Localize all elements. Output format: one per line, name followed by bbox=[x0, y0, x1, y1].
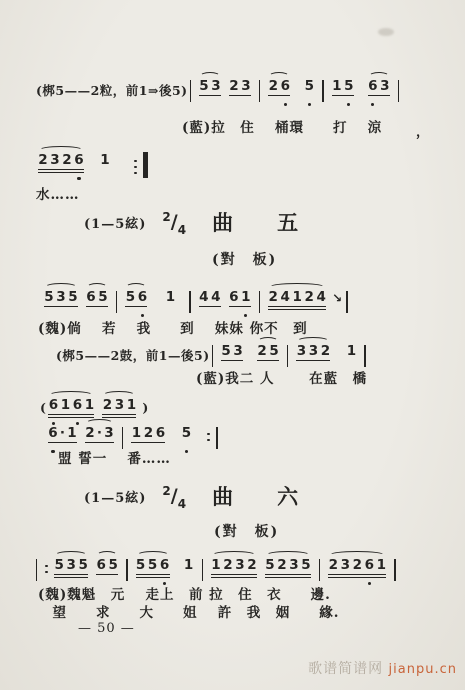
repeat-begin-barline bbox=[36, 559, 37, 581]
note-digits: 44 bbox=[198, 290, 222, 317]
note-digit: 6 bbox=[156, 426, 165, 441]
note-digit: 4 bbox=[280, 290, 289, 305]
slur-arc bbox=[137, 551, 169, 559]
note-digit: 1 bbox=[166, 290, 175, 305]
note-digit: 5 bbox=[126, 290, 135, 305]
slur-arc bbox=[103, 391, 135, 399]
note-digits: 56 bbox=[124, 290, 148, 317]
tune-title-char: 曲 bbox=[212, 207, 235, 237]
tune-title-char: 五 bbox=[277, 207, 300, 237]
slur-arc bbox=[86, 419, 113, 427]
barline bbox=[116, 291, 117, 313]
beam-line bbox=[44, 306, 78, 307]
note-digit: 6 bbox=[229, 290, 238, 305]
note-digits: 556 bbox=[135, 558, 171, 585]
note-column: 6 bbox=[228, 290, 240, 317]
tune-title-char: 曲 bbox=[212, 481, 235, 511]
repeat-dot bbox=[207, 439, 210, 442]
note-group: 1232 bbox=[210, 551, 258, 585]
beam-line bbox=[328, 577, 386, 578]
note-digit: 5 bbox=[44, 290, 53, 305]
note-digit: 2 bbox=[304, 290, 313, 305]
note-column: 3 bbox=[210, 79, 222, 106]
note-digits: 535 bbox=[53, 558, 89, 585]
note-digit: 5 bbox=[98, 290, 107, 305]
watermark: 歌谱简谱网 jianpu.cn bbox=[308, 658, 457, 678]
note-column: 3 bbox=[65, 558, 77, 585]
note-group: 23261 bbox=[327, 551, 387, 585]
note-column: 5 bbox=[135, 558, 147, 585]
note-digits: 26 bbox=[267, 79, 291, 106]
repeat-dot bbox=[134, 172, 137, 175]
note-digit: 2 bbox=[269, 79, 278, 94]
note-digit: 3 bbox=[211, 79, 220, 94]
note-digit: 6 bbox=[281, 79, 290, 94]
note-column: 5 bbox=[124, 290, 136, 317]
note-column: 1 bbox=[331, 79, 343, 106]
note-digits: 65 bbox=[85, 290, 109, 317]
beam-line bbox=[48, 442, 77, 443]
note-digit: 5 bbox=[148, 558, 157, 573]
note-digit: 1 bbox=[332, 79, 341, 94]
note-digit: 2 bbox=[229, 79, 238, 94]
note-column: 2 bbox=[222, 558, 234, 585]
note-column: 2 bbox=[267, 290, 279, 317]
barline bbox=[212, 345, 213, 367]
note-digits: 1 bbox=[183, 558, 195, 585]
note-digit: · bbox=[97, 426, 102, 441]
spacer bbox=[171, 419, 179, 420]
note-digit: 2 bbox=[277, 558, 286, 573]
note-digit: 6 bbox=[365, 558, 374, 573]
note-group: 5 bbox=[303, 72, 315, 106]
note-digit: 5 bbox=[68, 290, 77, 305]
note-group: 5235 bbox=[264, 551, 312, 585]
octave-dot bbox=[308, 103, 311, 106]
note-digit: 3 bbox=[50, 153, 59, 168]
note-column: 1 bbox=[164, 290, 176, 317]
tune-5-heading: (1—5絃)2/4曲五 bbox=[84, 207, 300, 237]
note-column: 3 bbox=[49, 153, 61, 180]
note-digits: 535 bbox=[43, 290, 79, 317]
slur-arc bbox=[329, 551, 385, 559]
beam-line bbox=[136, 577, 170, 578]
note-group: 65 bbox=[85, 283, 109, 317]
spacer bbox=[360, 72, 366, 73]
slur-arc bbox=[126, 283, 146, 291]
note-digit: 5 bbox=[269, 344, 278, 359]
page-number: — 50 — bbox=[78, 621, 135, 636]
beam-line bbox=[328, 574, 386, 575]
note-digit: 5 bbox=[182, 426, 191, 441]
note-digits: 5 bbox=[303, 79, 315, 106]
note-column: 5 bbox=[53, 558, 65, 585]
note-column: 4 bbox=[279, 290, 291, 317]
note-group: 23 bbox=[228, 72, 252, 106]
music-system-3: 53565561446124124↘ bbox=[42, 283, 354, 317]
slur-arc bbox=[212, 551, 256, 559]
note-digits: 65 bbox=[95, 558, 119, 585]
note-digits: 24124 bbox=[267, 290, 327, 317]
note-group: 535 bbox=[43, 283, 79, 317]
note-group: 56 bbox=[124, 283, 148, 317]
note-digit: 5 bbox=[54, 558, 63, 573]
barline bbox=[394, 559, 395, 581]
comma-mark: ， bbox=[416, 121, 429, 140]
scan-smudge bbox=[378, 28, 394, 36]
note-group: 5 bbox=[180, 419, 192, 453]
note-column: 5 bbox=[67, 290, 79, 317]
slur-arc bbox=[45, 283, 77, 291]
barline bbox=[126, 559, 127, 581]
scanned-score-page: (梆5——2粒，前1⇒後5)53232651563(藍)拉 住 桶環 打 涼，2… bbox=[0, 0, 465, 690]
meter-slash: / bbox=[171, 485, 178, 507]
barline bbox=[346, 291, 347, 313]
note-column: 2 bbox=[61, 153, 73, 180]
octave-dot bbox=[371, 103, 374, 106]
spacer bbox=[249, 337, 255, 338]
note-column: 6 bbox=[85, 290, 97, 317]
note-digit: 1 bbox=[241, 290, 250, 305]
note-column: 2 bbox=[267, 79, 279, 106]
lyric-line-2: 水…… bbox=[36, 183, 80, 203]
slur-arc bbox=[269, 72, 289, 80]
beam-line bbox=[48, 414, 94, 415]
note-group: 1 bbox=[183, 551, 195, 585]
tuning-annotation: ) bbox=[142, 400, 148, 415]
beam-line bbox=[54, 577, 88, 578]
slur-arc bbox=[266, 551, 310, 559]
octave-dot bbox=[51, 450, 54, 453]
meter-denominator: 4 bbox=[178, 497, 186, 511]
note-column: 3 bbox=[55, 290, 67, 317]
note-digits: 5235 bbox=[264, 558, 312, 585]
lyric-line-4: (藍)我二 人 在藍 橋 bbox=[196, 367, 367, 387]
note-group: 44 bbox=[198, 283, 222, 317]
note-group: 15 bbox=[331, 72, 355, 106]
beam-line bbox=[86, 306, 108, 307]
note-column: 6 bbox=[279, 79, 291, 106]
tuning-annotation: (梆5——2鼓，前1—後5) bbox=[56, 346, 210, 364]
repeat-dot bbox=[45, 565, 48, 568]
meter-numerator: 2 bbox=[162, 484, 170, 498]
note-digits: 2326 bbox=[37, 153, 85, 180]
note-column: 2 bbox=[303, 290, 315, 317]
note-digit: 6 bbox=[49, 398, 58, 413]
note-group: 65 bbox=[95, 551, 119, 585]
note-digit: 1 bbox=[61, 398, 70, 413]
slur-arc bbox=[297, 337, 329, 345]
note-column: 1 bbox=[240, 290, 252, 317]
lyric-line-3: (魏)倘 若 我 到 妹妹 你不 到 bbox=[38, 317, 308, 337]
note-group: 535 bbox=[53, 551, 89, 585]
note-column: 1 bbox=[183, 558, 195, 585]
beam-line bbox=[265, 577, 311, 578]
spacer bbox=[197, 419, 205, 420]
note-column: 2 bbox=[276, 558, 288, 585]
note-digit: 2 bbox=[268, 290, 277, 305]
note-column: 4 bbox=[210, 290, 222, 317]
music-system-7: 5356555611232523523261 bbox=[34, 551, 402, 585]
tune-title-char: 六 bbox=[277, 481, 300, 511]
note-group: 26 bbox=[267, 72, 291, 106]
note-digits: 1232 bbox=[210, 558, 258, 585]
octave-dot bbox=[368, 582, 371, 585]
beam-line bbox=[199, 95, 221, 96]
tune-5-board-label: (對 板) bbox=[212, 249, 277, 269]
note-digit: 2 bbox=[321, 344, 330, 359]
note-digit: 1 bbox=[85, 398, 94, 413]
barline bbox=[319, 559, 320, 581]
note-digit: 2 bbox=[247, 558, 256, 573]
lyric-line-5: 盟 誓一 番…… bbox=[58, 447, 171, 467]
tune-6-heading: (1—5絃)2/4曲六 bbox=[84, 481, 300, 511]
note-digits: 23 bbox=[228, 79, 252, 106]
note-digit: 2 bbox=[257, 344, 266, 359]
repeat-dot bbox=[134, 166, 137, 169]
beam-line bbox=[38, 172, 84, 173]
note-digit: 1 bbox=[67, 426, 76, 441]
note-group: 63 bbox=[367, 72, 391, 106]
note-column: 3 bbox=[339, 558, 351, 585]
note-digit: 3 bbox=[309, 344, 318, 359]
spacer bbox=[296, 72, 302, 73]
note-column: 1 bbox=[375, 558, 387, 585]
note-column: 5 bbox=[180, 426, 192, 453]
beam-line bbox=[268, 309, 326, 310]
tune-6-board-label: (對 板) bbox=[214, 521, 279, 541]
spacer bbox=[153, 283, 163, 284]
note-group: 2326 bbox=[37, 146, 85, 180]
beam-line bbox=[265, 574, 311, 575]
note-digit: 1 bbox=[211, 558, 220, 573]
final-barline bbox=[143, 152, 148, 178]
slur-arc bbox=[97, 551, 117, 559]
beam-line bbox=[229, 306, 251, 307]
octave-dot bbox=[185, 450, 188, 453]
note-group: 61 bbox=[228, 283, 252, 317]
note-digits: 1 bbox=[164, 290, 176, 317]
lyric-line-1: (藍)拉 住 桶環 打 涼 bbox=[182, 116, 382, 136]
beam-line bbox=[136, 574, 170, 575]
music-system-2: 23261 bbox=[36, 146, 154, 180]
note-digit: 6 bbox=[48, 426, 57, 441]
barline bbox=[259, 291, 260, 313]
note-digits: 53 bbox=[198, 79, 222, 106]
note-column: 6 bbox=[367, 79, 379, 106]
note-digit: 2 bbox=[144, 426, 153, 441]
music-system-1: (梆5——2粒，前1⇒後5)53232651563 bbox=[36, 72, 405, 106]
note-digit: 6 bbox=[138, 290, 147, 305]
beam-line bbox=[96, 574, 118, 575]
repeat-dot bbox=[207, 433, 210, 436]
note-digits: 63 bbox=[367, 79, 391, 106]
note-column: 5 bbox=[77, 558, 89, 585]
repeat-dot bbox=[134, 160, 137, 163]
tuning-annotation: ( bbox=[40, 400, 46, 415]
watermark-site-url: jianpu.cn bbox=[389, 662, 457, 677]
note-digit: 2 bbox=[329, 558, 338, 573]
note-column: 5 bbox=[147, 558, 159, 585]
beam-line bbox=[332, 95, 354, 96]
string-tuning-label: (1—5絃) bbox=[84, 487, 146, 506]
note-digits: 61 bbox=[228, 290, 252, 317]
time-signature: 2/4 bbox=[162, 211, 186, 233]
note-digit: 1 bbox=[184, 558, 193, 573]
beam-line bbox=[131, 442, 165, 443]
barline bbox=[364, 345, 365, 367]
barline bbox=[189, 291, 190, 313]
beam-line bbox=[268, 306, 326, 307]
note-column: 5 bbox=[343, 79, 355, 106]
slur-arc bbox=[55, 551, 87, 559]
slide-down-mark: ↘ bbox=[332, 291, 342, 305]
note-digit: 5 bbox=[301, 558, 310, 573]
beam-line bbox=[125, 306, 147, 307]
note-column: 2 bbox=[246, 558, 258, 585]
barline bbox=[190, 80, 191, 102]
beam-line bbox=[211, 574, 257, 575]
note-column: 6 bbox=[95, 558, 107, 585]
slur-arc bbox=[258, 337, 278, 345]
spacer bbox=[176, 551, 182, 552]
octave-dot bbox=[77, 177, 80, 180]
note-digit: 6 bbox=[368, 79, 377, 94]
barline bbox=[398, 80, 399, 102]
note-group: 24124 bbox=[267, 283, 327, 317]
note-column: 6 bbox=[73, 153, 85, 180]
note-column: 5 bbox=[107, 558, 119, 585]
lyric-line-7: 望 求 大 姐 許 我 姻 緣. bbox=[38, 601, 339, 621]
note-column: 2 bbox=[351, 558, 363, 585]
note-digit: 6 bbox=[74, 153, 83, 168]
note-digit: 3 bbox=[341, 558, 350, 573]
note-digit: 6 bbox=[96, 558, 105, 573]
note-digit: 6 bbox=[86, 290, 95, 305]
beam-line bbox=[199, 306, 221, 307]
note-column: 5 bbox=[43, 290, 55, 317]
spacer bbox=[181, 283, 187, 284]
note-column: 6 bbox=[136, 290, 148, 317]
beam-line bbox=[221, 360, 243, 361]
slur-arc bbox=[369, 72, 389, 80]
note-column: 4 bbox=[198, 290, 210, 317]
note-column: 3 bbox=[240, 79, 252, 106]
beam-line bbox=[102, 414, 136, 415]
barline bbox=[122, 427, 123, 449]
note-group: 556 bbox=[135, 551, 171, 585]
tuning-annotation: (梆5——2粒，前1⇒後5) bbox=[36, 81, 188, 99]
note-digit: 3 bbox=[104, 426, 113, 441]
note-column: 6 bbox=[363, 558, 375, 585]
note-digit: 5 bbox=[108, 558, 117, 573]
note-column: 5 bbox=[264, 558, 276, 585]
barline bbox=[202, 559, 203, 581]
note-digit: 2 bbox=[103, 398, 112, 413]
watermark-site-name: 歌谱简谱网 bbox=[308, 661, 383, 677]
note-digits: 23261 bbox=[327, 558, 387, 585]
spacer bbox=[336, 337, 344, 338]
note-digit: 5 bbox=[221, 344, 230, 359]
meter-denominator: 4 bbox=[178, 223, 186, 237]
note-column: 3 bbox=[234, 558, 246, 585]
beam-line bbox=[38, 169, 84, 170]
note-group: 1 bbox=[164, 283, 176, 317]
note-digit: · bbox=[60, 426, 65, 441]
meter-numerator: 2 bbox=[162, 210, 170, 224]
note-digit: 1 bbox=[100, 153, 109, 168]
note-column: 2 bbox=[327, 558, 339, 585]
note-digit: 5 bbox=[305, 79, 314, 94]
note-column: 3 bbox=[288, 558, 300, 585]
time-signature: 2/4 bbox=[162, 485, 186, 507]
note-column: 5 bbox=[303, 79, 315, 106]
beam-line bbox=[368, 95, 390, 96]
note-digit: 5 bbox=[78, 558, 87, 573]
note-digit: 3 bbox=[289, 558, 298, 573]
beam-line bbox=[85, 442, 114, 443]
note-digit: 4 bbox=[316, 290, 325, 305]
note-column: 2 bbox=[37, 153, 49, 180]
octave-dot bbox=[347, 103, 350, 106]
note-digit: 4 bbox=[199, 290, 208, 305]
note-digit: 3 bbox=[235, 558, 244, 573]
note-digit: 4 bbox=[211, 290, 220, 305]
note-digit: 1 bbox=[347, 344, 356, 359]
spacer bbox=[116, 146, 132, 147]
note-digit: 6 bbox=[73, 398, 82, 413]
barline bbox=[259, 80, 260, 102]
note-digit: 1 bbox=[127, 398, 136, 413]
repeat-dot bbox=[45, 571, 48, 574]
note-column: 1 bbox=[99, 153, 111, 180]
note-column: 5 bbox=[97, 290, 109, 317]
note-digits: 5 bbox=[180, 426, 192, 453]
repeat-dots bbox=[207, 431, 210, 443]
octave-dot bbox=[284, 103, 287, 106]
beam-line bbox=[54, 574, 88, 575]
beam-line bbox=[211, 577, 257, 578]
beam-line bbox=[268, 95, 290, 96]
lyric-line-6: (魏)魏魁 元 走上 前 拉 住 衣 邊. bbox=[38, 583, 331, 603]
note-column: 5 bbox=[198, 79, 210, 106]
beam-line bbox=[296, 360, 330, 361]
note-digit: 3 bbox=[115, 398, 124, 413]
note-digit: 3 bbox=[380, 79, 389, 94]
note-column: 1 bbox=[210, 558, 222, 585]
slur-arc bbox=[49, 391, 93, 399]
note-digit: 3 bbox=[241, 79, 250, 94]
note-column: 2 bbox=[228, 79, 240, 106]
note-digit: 2 bbox=[85, 426, 94, 441]
note-digits: 1 bbox=[99, 153, 111, 180]
note-digit: 6 bbox=[160, 558, 169, 573]
note-column: 5 bbox=[300, 558, 312, 585]
note-digits: 15 bbox=[331, 79, 355, 106]
note-digit: 3 bbox=[297, 344, 306, 359]
note-digit: 1 bbox=[292, 290, 301, 305]
note-digit: 5 bbox=[199, 79, 208, 94]
string-tuning-label: (1—5絃) bbox=[84, 213, 146, 232]
meter-slash: / bbox=[171, 211, 178, 233]
note-digit: 2 bbox=[353, 558, 362, 573]
note-column: 3 bbox=[379, 79, 391, 106]
note-digit: 2 bbox=[223, 558, 232, 573]
note-digit: 5 bbox=[136, 558, 145, 573]
note-digit: 5 bbox=[344, 79, 353, 94]
note-digit: 5 bbox=[265, 558, 274, 573]
slur-arc bbox=[269, 283, 325, 291]
